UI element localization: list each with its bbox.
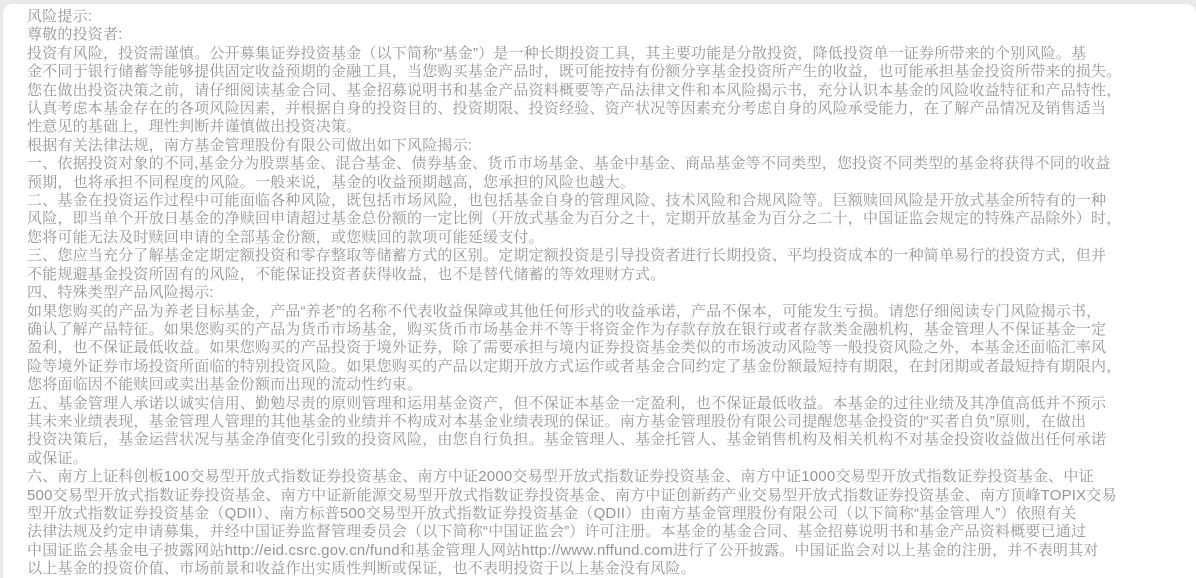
text-line: 六、南方上证科创板100交易型开放式指数证券投资基金、南方中证2000交易型开放… [27,468,1166,486]
text-line: 风险，即当单个开放日基金的净赎回申请超过基金总份额的一定比例（开放式基金为百分之… [27,210,1166,228]
salutation: 尊敬的投资者: [27,26,1166,44]
text-line: 您将可能无法及时赎回申请的全部基金份额，或您赎回的款项可能延缓支付。 [27,229,1166,247]
text-line: 型开放式指数证券投资基金（QDII）、南方标普500交易型开放式指数证券投资基金… [27,505,1166,523]
text-line: 其未来业绩表现，基金管理人管理的其他基金的业绩并不构成对本基金业绩表现的保证。南… [27,413,1166,431]
text-line: 您将面临因不能赎回或卖出基金份额而出现的流动性约束。 [27,376,1166,394]
text-line: 五、基金管理人承诺以诚实信用、勤勉尽责的原则管理和运用基金资产，但不保证本基金一… [27,395,1166,413]
text-line: 您在做出投资决策之前，请仔细阅读基金合同、基金招募说明书和基金产品资料概要等产品… [27,82,1166,100]
text-line: 投资决策后，基金运营状况与基金净值变化引致的投资风险，由您自行负担。基金管理人、… [27,431,1166,449]
text-line: 或保证。 [27,450,1166,468]
text-line: 性意见的基础上，理性判断并谨慎做出投资决策。 [27,118,1166,136]
document-title: 风险提示: [27,8,1166,26]
text-line: 500交易型开放式指数证券投资基金、南方中证新能源交易型开放式指数证券投资基金、… [27,487,1166,505]
document-body: 投资有风险，投资需谨慎。公开募集证券投资基金（以下简称“基金”）是一种长期投资工… [27,45,1166,578]
text-line: 根据有关法律法规，南方基金管理股份有限公司做出如下风险揭示: [27,137,1166,155]
text-line: 确认了解产品特征。如果您购买的产品为货币市场基金，购买货币市场基金并不等于将资金… [27,321,1166,339]
text-line: 三、您应当充分了解基金定期定额投资和零存整取等储蓄方式的区别。定期定额投资是引导… [27,247,1166,265]
text-line: 不能规避基金投资所固有的风险，不能保证投资者获得收益，也不是替代储蓄的等效理财方… [27,266,1166,284]
text-line: 法律法规及约定申请募集，并经中国证券监督管理委员会（以下简称“中国证监会”）许可… [27,523,1166,541]
text-line: 四、特殊类型产品风险揭示: [27,284,1166,302]
text-line: 认真考虑本基金存在的各项风险因素，并根据自身的投资目的、投资期限、投资经验、资产… [27,100,1166,118]
text-line: 二、基金在投资运作过程中可能面临各种风险，既包括市场风险，也包括基金自身的管理风… [27,192,1166,210]
text-line: 投资有风险，投资需谨慎。公开募集证券投资基金（以下简称“基金”）是一种长期投资工… [27,45,1166,63]
text-line: 金不同于银行储蓄等能够提供固定收益预期的金融工具，当您购买基金产品时，既可能按持… [27,63,1166,81]
text-line: 以上基金的投资价值、市场前景和收益作出实质性判断或保证，也不表明投资于以上基金没… [27,560,1166,578]
text-line: 中国证监会基金电子披露网站http://eid.csrc.gov.cn/fund… [27,542,1166,560]
text-line: 如果您购买的产品为养老目标基金，产品“养老”的名称不代表收益保障或其他任何形式的… [27,303,1166,321]
text-line: 预期，也将承担不同程度的风险。一般来说，基金的收益预期越高，您承担的风险也越大。 [27,174,1166,192]
risk-disclosure-document: 风险提示: 尊敬的投资者: 投资有风险，投资需谨慎。公开募集证券投资基金（以下简… [3,4,1196,578]
text-line: 一、依据投资对象的不同,基金分为股票基金、混合基金、债券基金、货币市场基金、基金… [27,155,1166,173]
text-line: 险等境外证券市场投资所面临的特别投资风险。如果您购买的产品以定期开放方式运作或者… [27,358,1166,376]
text-line: 盈利，也不保证最低收益。如果您购买的产品投资于境外证券，除了需要承担与境内证券投… [27,339,1166,357]
risk-disclosure-card: 风险提示: 尊敬的投资者: 投资有风险，投资需谨慎。公开募集证券投资基金（以下简… [3,4,1196,578]
